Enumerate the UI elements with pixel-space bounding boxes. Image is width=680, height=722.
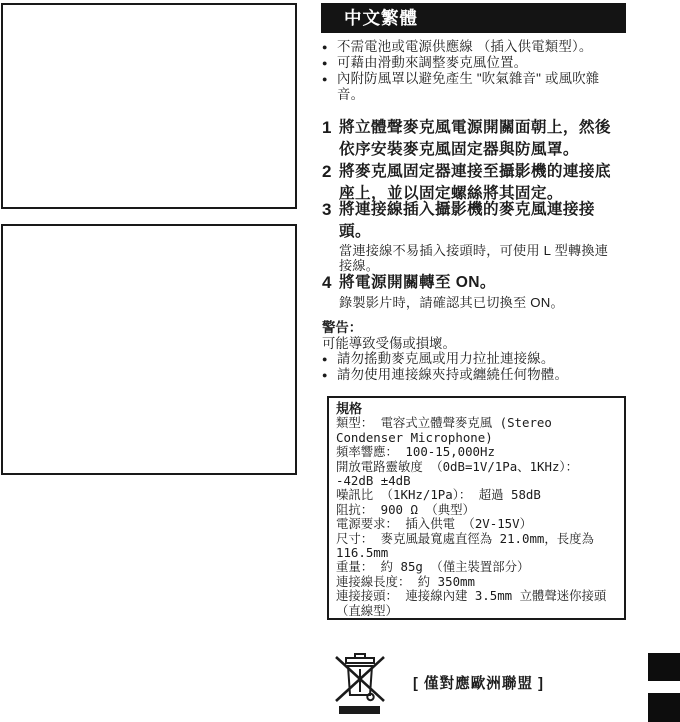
language-header: 中文繁體 xyxy=(321,3,626,33)
illustration-box-top xyxy=(1,3,297,209)
step-3-note: 當連接線不易插入接頭時，可使用 L 型轉換連 接線。 xyxy=(339,243,631,273)
illustration-box-bottom xyxy=(1,224,297,475)
intro-bullet-list: ● 不需電池或電源供應線 （插入供電類型）。 ● 可藉由滑動來調整麥克風位置。 … xyxy=(322,39,630,103)
bullet-text: 內附防風罩以避免產生 "吹氣雜音" 或風吹雜 音。 xyxy=(337,71,599,103)
warning-item: 請勿搖動麥克風或用力拉扯連接線。 xyxy=(337,351,554,367)
warning-title: 警告： xyxy=(322,320,630,336)
list-item: ● 請勿搖動麥克風或用力拉扯連接線。 xyxy=(322,351,630,367)
page-edge-tab-2 xyxy=(648,693,680,722)
list-item: ● 內附防風罩以避免產生 "吹氣雜音" 或風吹雜 音。 xyxy=(322,71,630,103)
weee-crossed-out-bin-icon xyxy=(334,650,386,721)
bullet-text: 不需電池或電源供應線 （插入供電類型）。 xyxy=(337,39,592,55)
specs-body: 類型： 電容式立體聲麥克風 (Stereo Condenser Micropho… xyxy=(336,416,619,618)
bullet-icon: ● xyxy=(322,55,337,71)
eu-only-note: [ 僅對應歐洲聯盟 ] xyxy=(413,672,544,693)
list-item: ● 不需電池或電源供應線 （插入供電類型）。 xyxy=(322,39,630,55)
bullet-icon: ● xyxy=(322,367,337,383)
step-text: 將連接線插入攝影機的麥克風連接接 頭。 xyxy=(339,199,595,243)
list-item: ● 可藉由滑動來調整麥克風位置。 xyxy=(322,55,630,71)
page-edge-tab-1 xyxy=(648,653,680,681)
step-1: 1 將立體聲麥克風電源開關面朝上，然後 依序安裝麥克風固定器與防風罩。 xyxy=(322,117,630,161)
warning-item: 請勿使用連接線夾持或纏繞任何物體。 xyxy=(337,367,568,383)
step-text: 將電源開關轉至 ON。 xyxy=(339,272,496,294)
warning-intro: 可能導致受傷或損壞。 xyxy=(322,336,630,352)
warning-section: 警告： 可能導致受傷或損壞。 ● 請勿搖動麥克風或用力拉扯連接線。 ● 請勿使用… xyxy=(322,320,630,383)
step-text: 將立體聲麥克風電源開關面朝上，然後 依序安裝麥克風固定器與防風罩。 xyxy=(339,117,611,161)
bullet-icon: ● xyxy=(322,39,337,55)
manual-page: 中文繁體 ● 不需電池或電源供應線 （插入供電類型）。 ● 可藉由滑動來調整麥克… xyxy=(0,0,680,722)
step-number: 3 xyxy=(322,199,339,243)
step-number: 4 xyxy=(322,272,339,294)
step-4-note: 錄製影片時，請確認其已切換至 ON。 xyxy=(339,295,631,310)
step-3: 3 將連接線插入攝影機的麥克風連接接 頭。 xyxy=(322,199,630,243)
bullet-text: 可藉由滑動來調整麥克風位置。 xyxy=(337,55,527,71)
specifications-box: 規格 類型： 電容式立體聲麥克風 (Stereo Condenser Micro… xyxy=(327,396,626,620)
specs-title: 規格 xyxy=(336,402,619,416)
bullet-icon: ● xyxy=(322,351,337,367)
bullet-icon: ● xyxy=(322,71,337,103)
step-number: 1 xyxy=(322,117,339,161)
list-item: ● 請勿使用連接線夾持或纏繞任何物體。 xyxy=(322,367,630,383)
step-4: 4 將電源開關轉至 ON。 xyxy=(322,272,630,294)
